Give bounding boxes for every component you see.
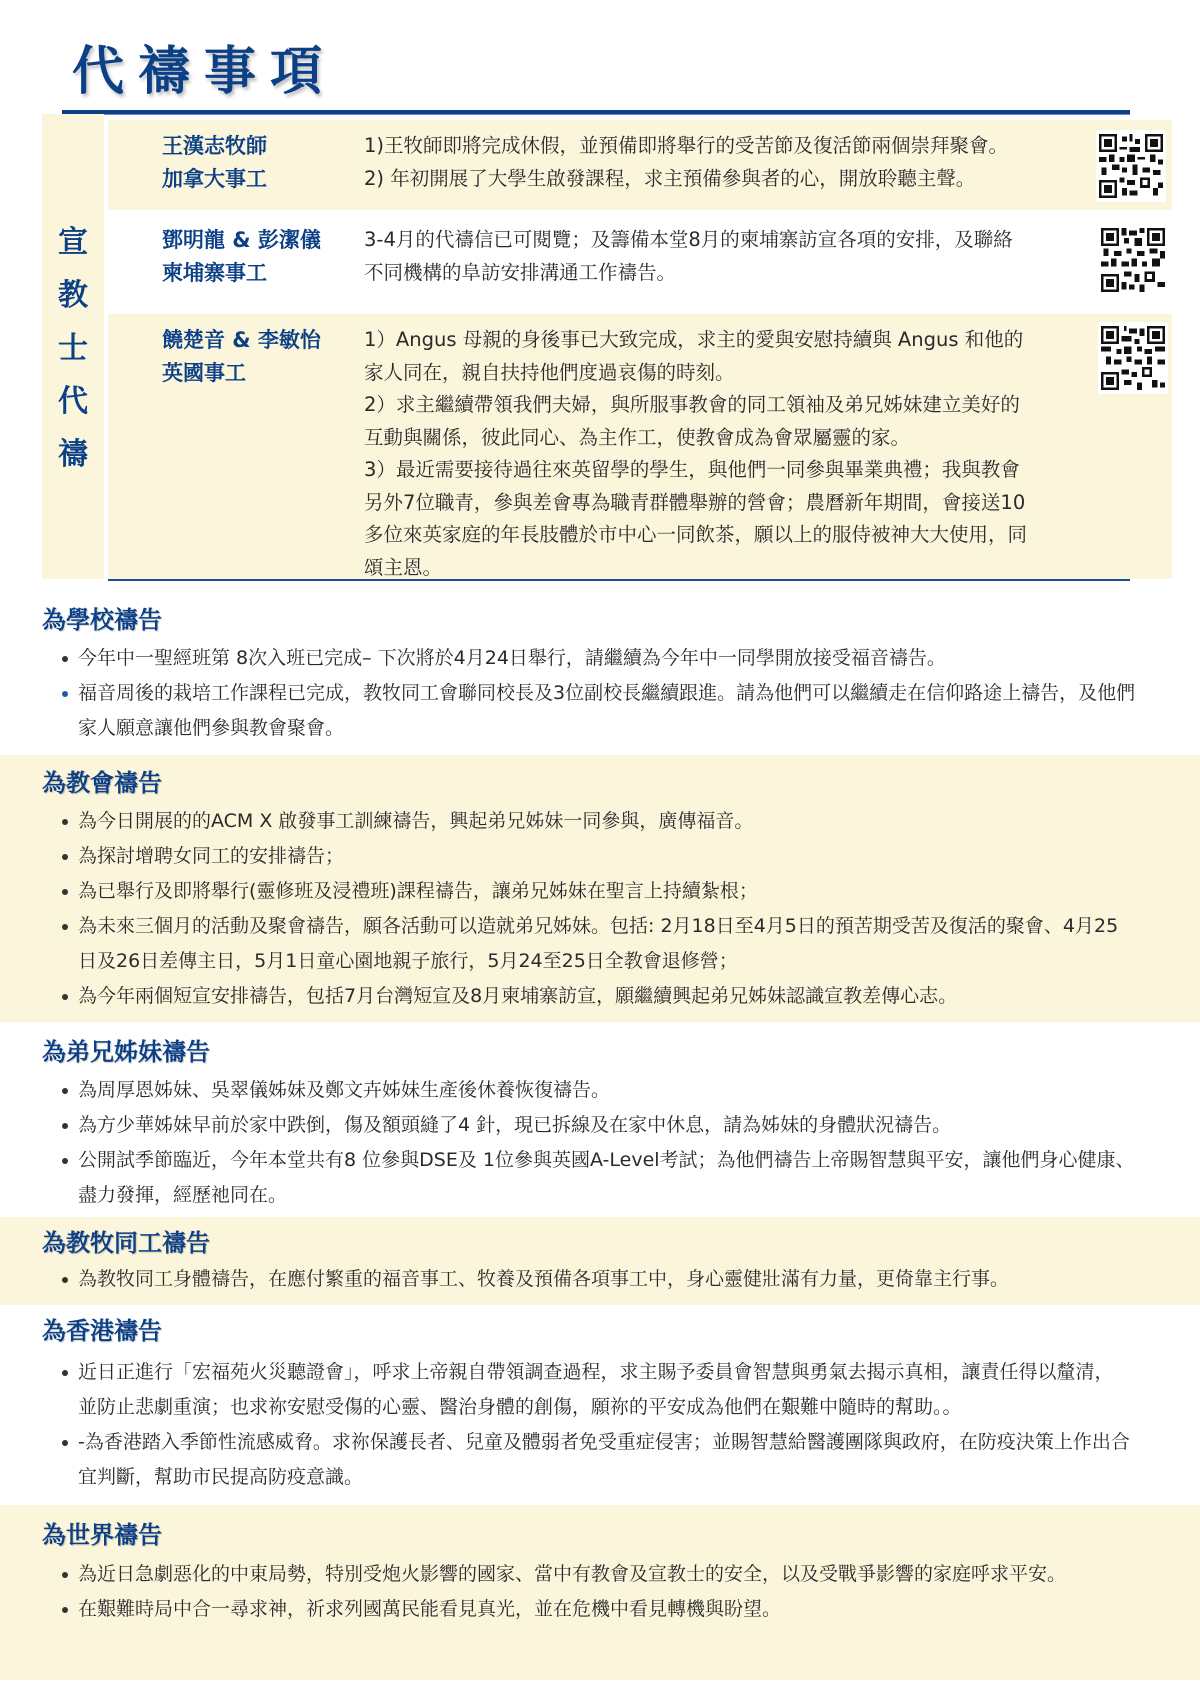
item-line: 在艱難時局中合一尋求神，祈求列國萬民能看見真光，並在危機中看見轉機與盼望。 (78, 1592, 1170, 1627)
section-pastoral-staff: 為教牧同工禱告 為教牧同工身體禱告，在應付繁重的福音事工、牧養及預備各項事工中，… (0, 1217, 1200, 1305)
list-item: 近日正進行「宏福苑火災聽證會」，呼求上帝親自帶領調查過程，求主賜予委員會智慧與勇… (60, 1355, 1170, 1425)
list-item: 今年中一聖經班第 8次入班已完成– 下次將於4月24日舉行，請繼續為今年中一同學… (60, 641, 1170, 676)
missionary-name-line: 鄧明龍 & 彭潔儀 (162, 224, 352, 257)
prayer-line: 互動與關係，彼此同心、為主作工，使教會成為會眾屬靈的家。 (364, 422, 1082, 455)
item-line: 為已舉行及即將舉行(靈修班及浸禮班)課程禱告，讓弟兄姊妹在聖言上持續紮根； (78, 874, 1170, 909)
item-line: 宜判斷，幫助市民提高防疫意識。 (78, 1460, 1170, 1495)
item-line: 家人願意讓他們參與教會聚會。 (78, 711, 1170, 746)
section-title: 為弟兄姊妹禱告 (42, 1032, 210, 1067)
missionary-name-line: 王漢志牧師 (162, 130, 352, 163)
section-hong-kong: 為香港禱告 近日正進行「宏福苑火災聽證會」，呼求上帝親自帶領調查過程，求主賜予委… (0, 1305, 1200, 1505)
item-line: 為未來三個月的活動及聚會禱告，願各活動可以造就弟兄姊妹。包括: 2月18日至4月… (78, 909, 1170, 944)
prayer-list: 為教牧同工身體禱告，在應付繁重的福音事工、牧養及預備各項事工中，身心靈健壯滿有力… (60, 1262, 1170, 1297)
section-school: 為學校禱告 今年中一聖經班第 8次入班已完成– 下次將於4月24日舉行，請繼續為… (0, 590, 1200, 755)
missionary-row-uk: 饒楚音 & 李敏怡 英國事工 1）Angus 母親的身後事已大致完成，求主的愛與… (108, 314, 1172, 579)
missionary-ministry-line: 柬埔寨事工 (162, 257, 352, 290)
missionary-name: 王漢志牧師 加拿大事工 (162, 130, 352, 196)
page-title: 代禱事項 (72, 42, 336, 102)
missionary-name: 饒楚音 & 李敏怡 英國事工 (162, 324, 352, 390)
prayer-line: 多位來英家庭的年長肢體於市中心一同飲茶，願以上的服侍被神大大使用，同 (364, 519, 1082, 552)
list-item: 在艱難時局中合一尋求神，祈求列國萬民能看見真光，並在危機中看見轉機與盼望。 (60, 1592, 1170, 1627)
item-line: 今年中一聖經班第 8次入班已完成– 下次將於4月24日舉行，請繼續為今年中一同學… (78, 641, 1170, 676)
prayer-line: 另外7位職青，參與差會專為職青群體舉辦的營會；農曆新年期間，會接送10 (364, 487, 1082, 520)
prayer-line: 1)王牧師即將完成休假，並預備即將舉行的受苦節及復活節兩個崇拜聚會。 (364, 130, 1082, 163)
list-item: 為今年兩個短宣安排禱告，包括7月台灣短宣及8月柬埔寨訪宣，願繼續興起弟兄姊妹認識… (60, 979, 1170, 1014)
item-line: 並防止悲劇重演；也求祢安慰受傷的心靈、醫治身體的創傷，願祢的平安成為他們在艱難中… (78, 1390, 1170, 1425)
list-item: 公開試季節臨近，今年本堂共有8 位參與DSE及 1位參與英國A-Level考試；… (60, 1143, 1170, 1213)
item-line: 公開試季節臨近，今年本堂共有8 位參與DSE及 1位參與英國A-Level考試；… (78, 1143, 1170, 1178)
missionary-side-label: 宣 教 士 代 禱 (42, 216, 104, 481)
missionary-name-line: 饒楚音 & 李敏怡 (162, 324, 352, 357)
missionary-ministry-line: 加拿大事工 (162, 163, 352, 196)
list-item: 為周厚恩姊妹、吳翠儀姊妹及鄭文卉姊妹生產後休養恢復禱告。 (60, 1073, 1170, 1108)
prayer-list: 為周厚恩姊妹、吳翠儀姊妹及鄭文卉姊妹生產後休養恢復禱告。 為方少華姊妹早前於家中… (60, 1073, 1170, 1213)
section-title: 為教會禱告 (42, 763, 162, 798)
section-title: 為學校禱告 (42, 600, 162, 635)
section-members: 為弟兄姊妹禱告 為周厚恩姊妹、吳翠儀姊妹及鄭文卉姊妹生產後休養恢復禱告。 為方少… (0, 1022, 1200, 1217)
list-item: 為今日開展的的ACM X 啟發事工訓練禱告，興起弟兄姊妹一同參與，廣傳福音。 (60, 804, 1170, 839)
list-item: 為未來三個月的活動及聚會禱告，願各活動可以造就弟兄姊妹。包括: 2月18日至4月… (60, 909, 1170, 979)
section-title: 為世界禱告 (42, 1515, 162, 1550)
missionary-name: 鄧明龍 & 彭潔儀 柬埔寨事工 (162, 224, 352, 290)
list-item: 福音周後的栽培工作課程已完成，教牧同工會聯同校長及3位副校長繼續跟進。請為他們可… (60, 676, 1170, 746)
list-item: -為香港踏入季節性流感威脅。求祢保護長者、兒童及體弱者免受重症侵害；並賜智慧給醫… (60, 1425, 1170, 1495)
item-line: 盡力發揮，經歷祂同在。 (78, 1178, 1170, 1213)
item-line: 近日正進行「宏福苑火災聽證會」，呼求上帝親自帶領調查過程，求主賜予委員會智慧與勇… (78, 1355, 1170, 1390)
prayer-line: 不同機構的阜訪安排溝通工作禱告。 (364, 257, 1082, 290)
missionary-side-column: 宣 教 士 代 禱 (42, 114, 104, 579)
list-item: 為已舉行及即將舉行(靈修班及浸禮班)課程禱告，讓弟兄姊妹在聖言上持續紮根； (60, 874, 1170, 909)
item-line: 為今年兩個短宣安排禱告，包括7月台灣短宣及8月柬埔寨訪宣，願繼續興起弟兄姊妹認識… (78, 979, 1170, 1014)
side-label-char: 代 (42, 375, 104, 428)
item-line: 為教牧同工身體禱告，在應付繁重的福音事工、牧養及預備各項事工中，身心靈健壯滿有力… (78, 1262, 1170, 1297)
list-item: 為教牧同工身體禱告，在應付繁重的福音事工、牧養及預備各項事工中，身心靈健壯滿有力… (60, 1262, 1170, 1297)
prayer-line: 3-4月的代禱信已可閱覽；及籌備本堂8月的柬埔寨訪宣各項的安排，及聯絡 (364, 224, 1082, 257)
item-line: -為香港踏入季節性流感威脅。求祢保護長者、兒童及體弱者免受重症侵害；並賜智慧給醫… (78, 1425, 1170, 1460)
side-label-char: 宣 (42, 216, 104, 269)
prayer-list: 近日正進行「宏福苑火災聽證會」，呼求上帝親自帶領調查過程，求主賜予委員會智慧與勇… (60, 1355, 1170, 1495)
item-line: 為今日開展的的ACM X 啟發事工訓練禱告，興起弟兄姊妹一同參與，廣傳福音。 (78, 804, 1170, 839)
item-line: 福音周後的栽培工作課程已完成，教牧同工會聯同校長及3位副校長繼續跟進。請為他們可… (78, 676, 1170, 711)
prayer-line: 1）Angus 母親的身後事已大致完成，求主的愛與安慰持續與 Angus 和他的 (364, 324, 1082, 357)
list-item: 為探討增聘女同工的安排禱告； (60, 839, 1170, 874)
prayer-list: 為近日急劇惡化的中東局勢，特別受炮火影響的國家、當中有教會及宣教士的安全，以及受… (60, 1557, 1170, 1627)
side-label-char: 教 (42, 269, 104, 322)
missionary-row-cambodia: 鄧明龍 & 彭潔儀 柬埔寨事工 3-4月的代禱信已可閱覽；及籌備本堂8月的柬埔寨… (108, 214, 1172, 314)
item-line: 為方少華姊妹早前於家中跌倒，傷及額頭縫了4 針，現已拆線及在家中休息，請為姊妹的… (78, 1108, 1170, 1143)
prayer-line: 3）最近需要接待過往來英留學的學生，與他們一同參與畢業典禮；我與教會 (364, 454, 1082, 487)
missionary-bottom-divider (108, 579, 1130, 581)
prayer-list: 為今日開展的的ACM X 啟發事工訓練禱告，興起弟兄姊妹一同參與，廣傳福音。 為… (60, 804, 1170, 1014)
item-line: 為近日急劇惡化的中東局勢，特別受炮火影響的國家、當中有教會及宣教士的安全，以及受… (78, 1557, 1170, 1592)
list-item: 為方少華姊妹早前於家中跌倒，傷及額頭縫了4 針，現已拆線及在家中休息，請為姊妹的… (60, 1108, 1170, 1143)
side-label-char: 禱 (42, 428, 104, 481)
missionary-prayer-text: 1)王牧師即將完成休假，並預備即將舉行的受苦節及復活節兩個崇拜聚會。 2) 年初… (364, 130, 1082, 195)
item-line: 為周厚恩姊妹、吳翠儀姊妹及鄭文卉姊妹生產後休養恢復禱告。 (78, 1073, 1170, 1108)
missionary-prayer-text: 3-4月的代禱信已可閱覽；及籌備本堂8月的柬埔寨訪宣各項的安排，及聯絡 不同機構… (364, 224, 1082, 289)
missionary-ministry-line: 英國事工 (162, 357, 352, 390)
missionary-row-canada: 王漢志牧師 加拿大事工 1)王牧師即將完成休假，並預備即將舉行的受苦節及復活節兩… (108, 120, 1172, 210)
missionary-prayer-text: 1）Angus 母親的身後事已大致完成，求主的愛與安慰持續與 Angus 和他的… (364, 324, 1082, 584)
section-church: 為教會禱告 為今日開展的的ACM X 啟發事工訓練禱告，興起弟兄姊妹一同參與，廣… (0, 755, 1200, 1022)
section-title: 為香港禱告 (42, 1311, 162, 1346)
prayer-line: 家人同在，親自扶持他們度過哀傷的時刻。 (364, 357, 1082, 390)
qr-code-icon[interactable] (1098, 224, 1168, 296)
section-world: 為世界禱告 為近日急劇惡化的中東局勢，特別受炮火影響的國家、當中有教會及宣教士的… (0, 1505, 1200, 1680)
missionary-prayer-table: 宣 教 士 代 禱 王漢志牧師 加拿大事工 1)王牧師即將完成休假，並預備即將舉… (42, 114, 1130, 579)
item-line: 日及26日差傳主日，5月1日童心園地親子旅行，5月24至25日全教會退修營； (78, 944, 1170, 979)
item-line: 為探討增聘女同工的安排禱告； (78, 839, 1170, 874)
section-title: 為教牧同工禱告 (42, 1223, 210, 1258)
prayer-line: 2）求主繼續帶領我們夫婦，與所服事教會的同工領袖及弟兄姊妹建立美好的 (364, 389, 1082, 422)
list-item: 為近日急劇惡化的中東局勢，特別受炮火影響的國家、當中有教會及宣教士的安全，以及受… (60, 1557, 1170, 1592)
qr-code-icon[interactable] (1098, 322, 1168, 394)
qr-code-icon[interactable] (1096, 130, 1166, 202)
side-label-char: 士 (42, 322, 104, 375)
prayer-list: 今年中一聖經班第 8次入班已完成– 下次將於4月24日舉行，請繼續為今年中一同學… (60, 641, 1170, 746)
prayer-line: 2) 年初開展了大學生啟發課程，求主預備參與者的心，開放聆聽主聲。 (364, 163, 1082, 196)
